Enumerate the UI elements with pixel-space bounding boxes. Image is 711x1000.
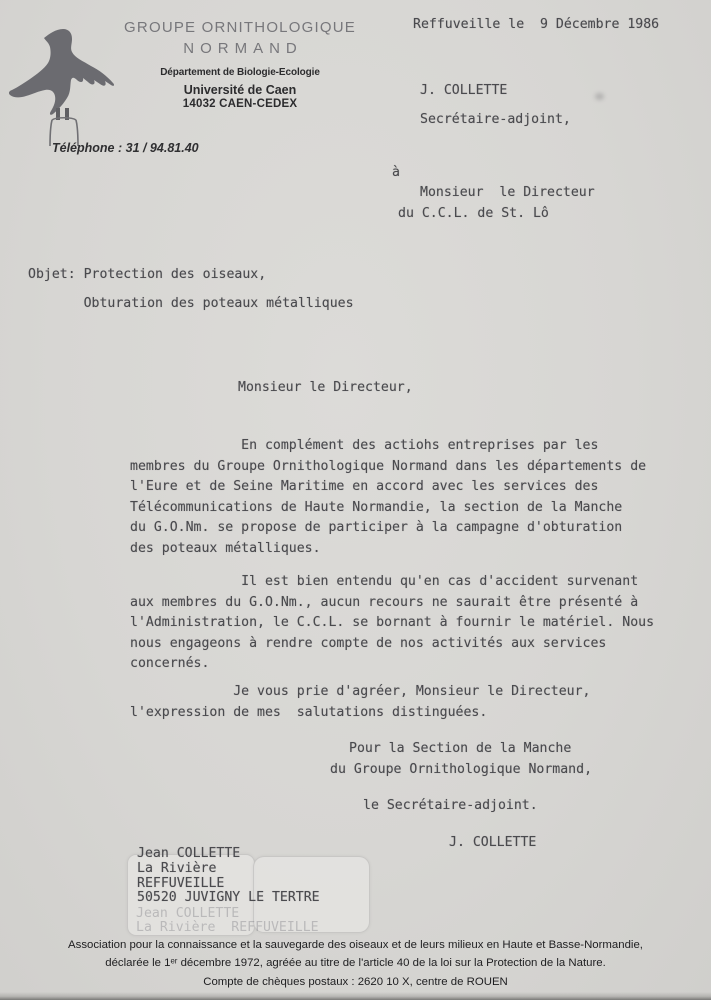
phone-line: Téléphone : 31 / 94.81.40 [52,141,199,155]
salutation: Monsieur le Directeur, [238,378,413,399]
closing-line1: Pour la Section de la Manche [349,739,571,760]
body-paragraph-1: En complément des actiohs entreprises pa… [130,436,646,559]
footer-line3: Compte de chèques postaux : 2620 10 X, c… [0,973,711,991]
recipient-line2: du C.C.L. de St. Lô [398,204,549,225]
ghost-address: Jean COLLETTE La Rivière REFFUVEILLE [136,907,319,934]
sender-address-block: Jean COLLETTE La Rivière REFFUVEILLE 505… [137,847,320,906]
org-name-line1: GROUPE ORNITHOLOGIQUE [115,19,365,36]
dateline: Reffuveille le 9 Décembre 1986 [413,15,659,36]
sender-name: J. COLLETTE [420,81,507,102]
recipient-line1: Monsieur le Directeur [420,183,595,204]
org-department: Département de Biologie-Ecologie [115,67,365,78]
footer-line2: déclarée le 1ᵉʳ décembre 1972, agréée au… [0,954,711,972]
letter-page: GROUPE ORNITHOLOGIQUE NORMAND Départemen… [0,0,711,1000]
subject-block: Objet: Protection des oiseaux, Obturatio… [28,261,354,318]
cormorant-logo-icon [6,24,124,148]
closing-line2: du Groupe Ornithologique Normand, [330,760,592,781]
letterhead: GROUPE ORNITHOLOGIQUE NORMAND Départemen… [115,19,365,110]
body-paragraph-2: Il est bien entendu qu'en cas d'accident… [130,572,654,675]
footer: Association pour la connaissance et la s… [0,936,711,991]
sender-role: Secrétaire-adjoint, [420,110,571,131]
recipient-preposition: à [392,163,400,184]
footer-line1: Association pour la connaissance et la s… [0,936,711,954]
org-name-line2: NORMAND [115,40,365,57]
scan-bottom-edge [0,992,711,1000]
body-paragraph-3: Je vous prie d'agréer, Monsieur le Direc… [130,682,591,723]
org-university: Université de Caen [115,83,365,97]
signature: J. COLLETTE [449,833,536,854]
scan-smudge [595,93,604,100]
org-postal-code: 14032 CAEN-CEDEX [115,98,365,110]
closing-line3: le Secrétaire-adjoint. [363,796,538,817]
